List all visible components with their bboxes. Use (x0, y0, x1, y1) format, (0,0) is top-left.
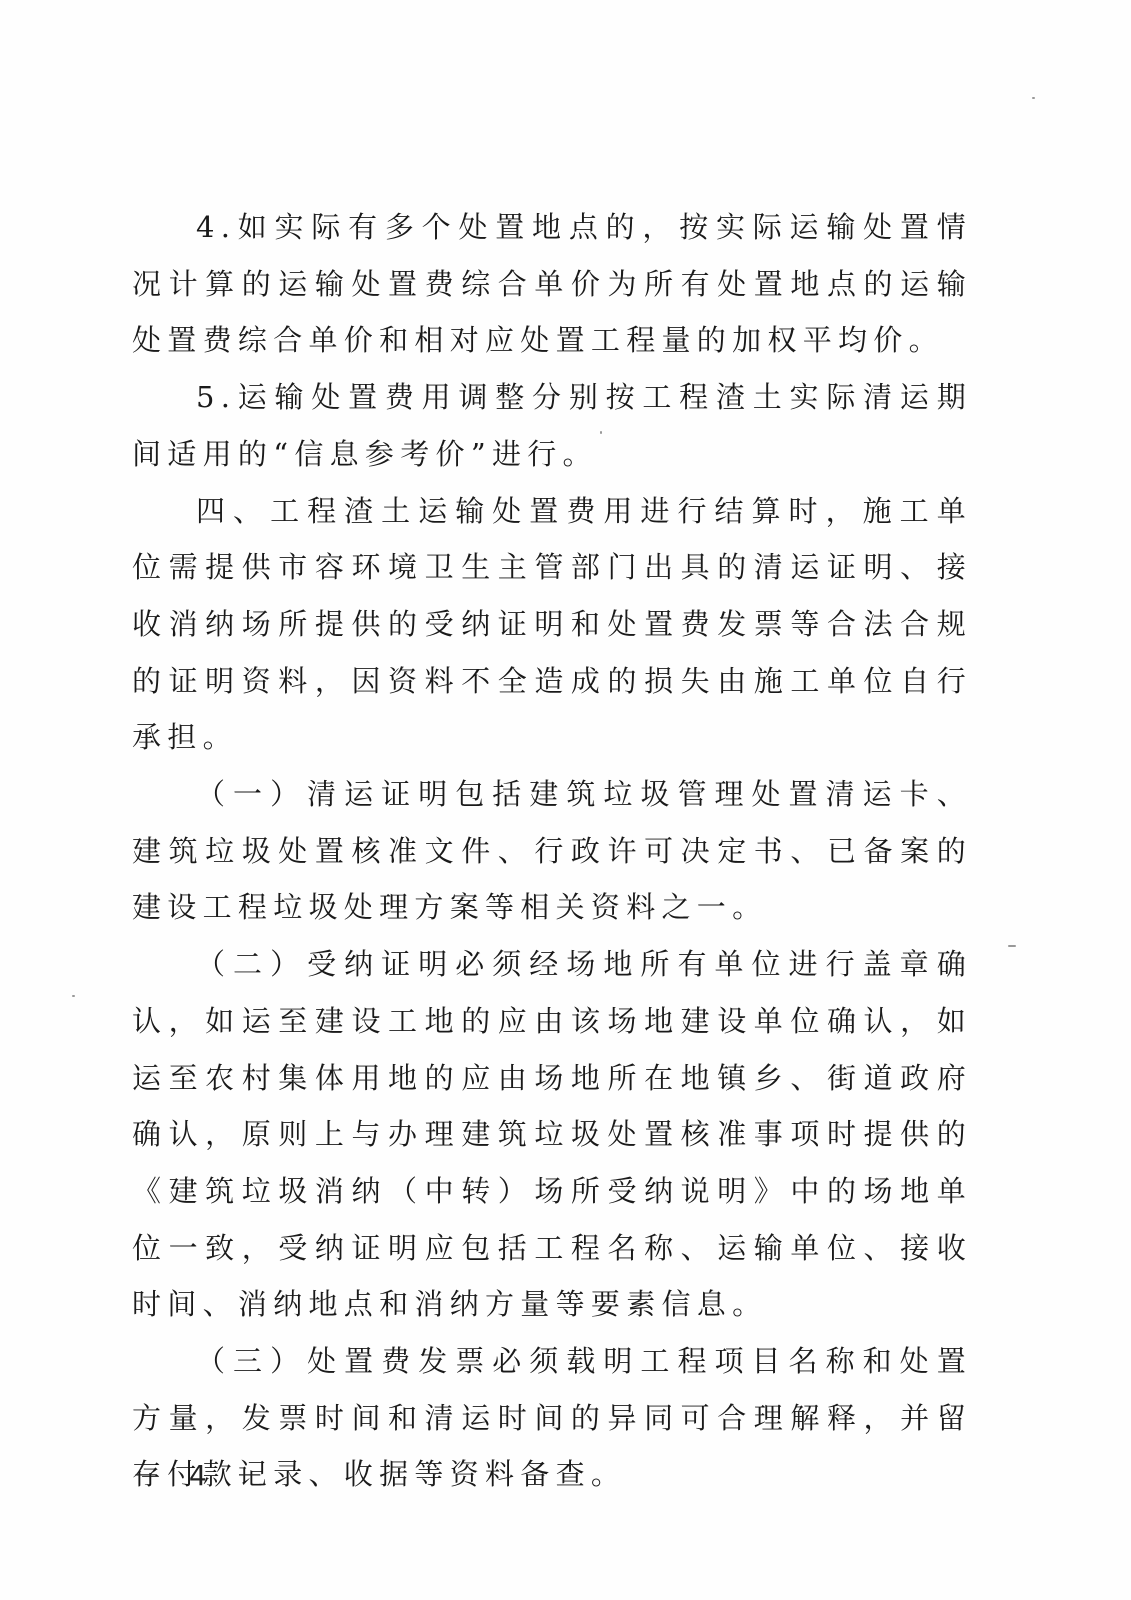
scan-speck (1032, 97, 1035, 99)
paragraph-subsection-2: （二）受纳证明必须经场地所有单位进行盖章确认，如运至建设工地的应由该场地建设单位… (132, 936, 972, 1333)
paragraph-section-4: 四、工程渣土运输处置费用进行结算时，施工单位需提供市容环境卫生主管部门出具的清运… (132, 483, 972, 767)
paragraph-subsection-1: （一）清运证明包括建筑垃圾管理处置清运卡、建筑垃圾处置核准文件、行政许可决定书、… (132, 766, 972, 936)
document-page: 4.如实际有多个处置地点的，按实际运输处置情况计算的运输处置费综合单价为所有处置… (0, 0, 1131, 1600)
document-body: 4.如实际有多个处置地点的，按实际运输处置情况计算的运输处置费综合单价为所有处置… (132, 199, 972, 1503)
paragraph-item-5: 5.运输处置费用调整分别按工程渣土实际清运期间适用的“信息参考价”进行。 (132, 369, 972, 482)
scan-speck (600, 431, 602, 434)
scan-speck (1008, 945, 1016, 947)
scan-speck (72, 995, 75, 997)
page-number: － 4 － (132, 1454, 274, 1494)
paragraph-item-4: 4.如实际有多个处置地点的，按实际运输处置情况计算的运输处置费综合单价为所有处置… (132, 199, 972, 369)
